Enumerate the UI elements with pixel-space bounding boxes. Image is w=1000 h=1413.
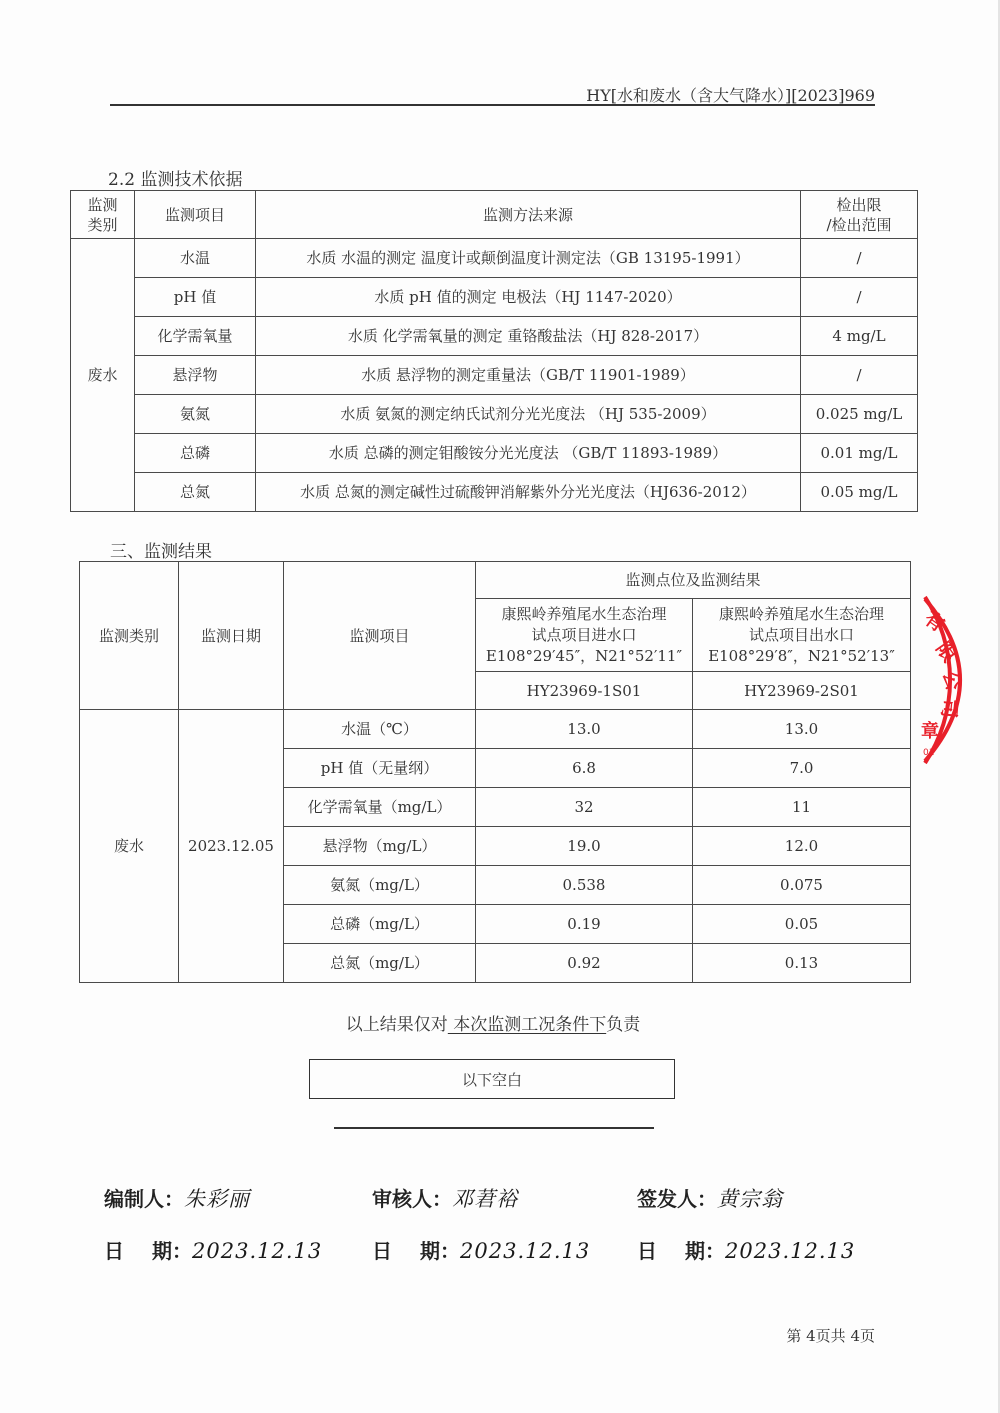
limit-cell: 4 mg/L: [801, 317, 918, 356]
issuer-signature: 签发人：黄宗翁: [637, 1183, 783, 1213]
compiler-date: 日期：2023.12.13: [104, 1235, 322, 1264]
item-cell: 总氮: [135, 473, 256, 512]
reviewer-date: 日期：2023.12.13: [372, 1235, 590, 1264]
item-cell: 氨氮: [135, 395, 256, 434]
sample-id-outlet: HY23969-2S01: [693, 672, 911, 710]
item-cell: 水温: [135, 239, 256, 278]
page-number: 第 4页共 4页: [786, 1325, 875, 1346]
compiler-name: 朱彩丽: [184, 1187, 250, 1211]
method-cell: 水质 pH 值的测定 电极法（HJ 1147-2020）: [256, 278, 801, 317]
outlet-value: 12.0: [693, 827, 911, 866]
table-row: 悬浮物 水质 悬浮物的测定重量法（GB/T 11901-1989） /: [71, 356, 918, 395]
inlet-value: 13.0: [476, 710, 693, 749]
official-seal-icon: 有 限 公 司 章 01: [915, 585, 1000, 775]
date-cell: 2023.12.05: [179, 710, 284, 983]
item-cell: 化学需氧量（mg/L）: [284, 788, 476, 827]
method-cell: 水质 悬浮物的测定重量法（GB/T 11901-1989）: [256, 356, 801, 395]
header-rule: [110, 104, 875, 106]
limit-cell: 0.01 mg/L: [801, 434, 918, 473]
svg-text:01: 01: [923, 748, 934, 758]
issuer-date-value: 2023.12.13: [725, 1239, 855, 1263]
reviewer-name: 邓莙裕: [452, 1187, 518, 1211]
outlet-value: 7.0: [693, 749, 911, 788]
inlet-value: 32: [476, 788, 693, 827]
compiler-signature: 编制人：朱彩丽: [104, 1183, 250, 1213]
blank-below-notice: 以下空白: [309, 1059, 675, 1099]
table-row: 废水 水温 水质 水温的测定 温度计或颠倒温度计测定法（GB 13195-199…: [71, 239, 918, 278]
table-row: 总氮 水质 总氮的测定碱性过硫酸钾消解紫外分光光度法（HJ636-2012） 0…: [71, 473, 918, 512]
limit-cell: 0.025 mg/L: [801, 395, 918, 434]
inlet-value: 0.92: [476, 944, 693, 983]
item-cell: 总磷（mg/L）: [284, 905, 476, 944]
outlet-value: 0.13: [693, 944, 911, 983]
col-category-header: 监测类别: [80, 562, 179, 710]
item-cell: 悬浮物: [135, 356, 256, 395]
item-cell: 水温（℃）: [284, 710, 476, 749]
item-cell: 氨氮（mg/L）: [284, 866, 476, 905]
item-cell: 总氮（mg/L）: [284, 944, 476, 983]
item-cell: pH 值（无量纲）: [284, 749, 476, 788]
table-row: 总磷 水质 总磷的测定钼酸铵分光光度法 （GB/T 11893-1989） 0.…: [71, 434, 918, 473]
col-method-header: 监测方法来源: [256, 191, 801, 239]
results-disclaimer: 以上结果仅对 本次监测工况条件下负责: [0, 1010, 986, 1035]
item-cell: 化学需氧量: [135, 317, 256, 356]
item-cell: 总磷: [135, 434, 256, 473]
method-cell: 水质 氨氮的测定纳氏试剂分光光度法 （HJ 535-2009）: [256, 395, 801, 434]
section-results-title: 三、监测结果: [110, 537, 212, 562]
method-cell: 水质 总氮的测定碱性过硫酸钾消解紫外分光光度法（HJ636-2012）: [256, 473, 801, 512]
item-cell: 悬浮物（mg/L）: [284, 827, 476, 866]
issuer-name: 黄宗翁: [717, 1187, 783, 1211]
limit-cell: /: [801, 278, 918, 317]
outlet-value: 0.075: [693, 866, 911, 905]
svg-text:有: 有: [920, 607, 949, 637]
end-rule: [334, 1127, 654, 1129]
col-points-header: 监测点位及监测结果: [476, 562, 911, 599]
col-item-header: 监测项目: [135, 191, 256, 239]
table-row: 氨氮 水质 氨氮的测定纳氏试剂分光光度法 （HJ 535-2009） 0.025…: [71, 395, 918, 434]
inlet-value: 0.19: [476, 905, 693, 944]
compiler-date-value: 2023.12.13: [192, 1239, 322, 1263]
inlet-value: 6.8: [476, 749, 693, 788]
method-cell: 水质 水温的测定 温度计或颠倒温度计测定法（GB 13195-1991）: [256, 239, 801, 278]
issuer-date: 日期：2023.12.13: [637, 1235, 855, 1264]
inlet-value: 19.0: [476, 827, 693, 866]
outlet-value: 0.05: [693, 905, 911, 944]
table-row: 废水 2023.12.05 水温（℃） 13.0 13.0: [80, 710, 911, 749]
col-date-header: 监测日期: [179, 562, 284, 710]
reviewer-signature: 审核人：邓莙裕: [372, 1183, 518, 1213]
sample-id-inlet: HY23969-1S01: [476, 672, 693, 710]
limit-cell: /: [801, 356, 918, 395]
outlet-value: 13.0: [693, 710, 911, 749]
svg-text:章: 章: [921, 720, 939, 742]
limit-cell: /: [801, 239, 918, 278]
results-header-row: 监测类别 监测日期 监测项目 监测点位及监测结果: [80, 562, 911, 599]
report-code: HY[水和废水（含大气降水）][2023]969: [586, 83, 875, 106]
method-cell: 水质 总磷的测定钼酸铵分光光度法 （GB/T 11893-1989）: [256, 434, 801, 473]
inlet-value: 0.538: [476, 866, 693, 905]
category-cell: 废水: [80, 710, 179, 983]
svg-text:公: 公: [938, 668, 964, 693]
svg-text:司: 司: [937, 698, 961, 719]
svg-text:限: 限: [931, 638, 960, 666]
reviewer-date-value: 2023.12.13: [460, 1239, 590, 1263]
method-cell: 水质 化学需氧量的测定 重铬酸盐法（HJ 828-2017）: [256, 317, 801, 356]
disclaimer-condition: 本次监测工况条件下: [448, 1015, 606, 1035]
category-cell: 废水: [71, 239, 135, 512]
table-row: pH 值 水质 pH 值的测定 电极法（HJ 1147-2020） /: [71, 278, 918, 317]
col-category-header: 监测类别: [71, 191, 135, 239]
point-outlet-header: 康熙岭养殖尾水生态治理 试点项目出水口 E108°29′8″，N21°52′13…: [693, 599, 911, 672]
section-basis-title: 2.2 监测技术依据: [108, 165, 242, 190]
col-item-header: 监测项目: [284, 562, 476, 710]
table-row: 化学需氧量 水质 化学需氧量的测定 重铬酸盐法（HJ 828-2017） 4 m…: [71, 317, 918, 356]
basis-table: 监测类别 监测项目 监测方法来源 检出限/检出范围 废水 水温 水质 水温的测定…: [70, 190, 918, 512]
basis-header-row: 监测类别 监测项目 监测方法来源 检出限/检出范围: [71, 191, 918, 239]
point-inlet-header: 康熙岭养殖尾水生态治理 试点项目进水口 E108°29′45″，N21°52′1…: [476, 599, 693, 672]
outlet-value: 11: [693, 788, 911, 827]
col-limit-header: 检出限/检出范围: [801, 191, 918, 239]
results-table: 监测类别 监测日期 监测项目 监测点位及监测结果 康熙岭养殖尾水生态治理 试点项…: [79, 561, 911, 983]
limit-cell: 0.05 mg/L: [801, 473, 918, 512]
item-cell: pH 值: [135, 278, 256, 317]
